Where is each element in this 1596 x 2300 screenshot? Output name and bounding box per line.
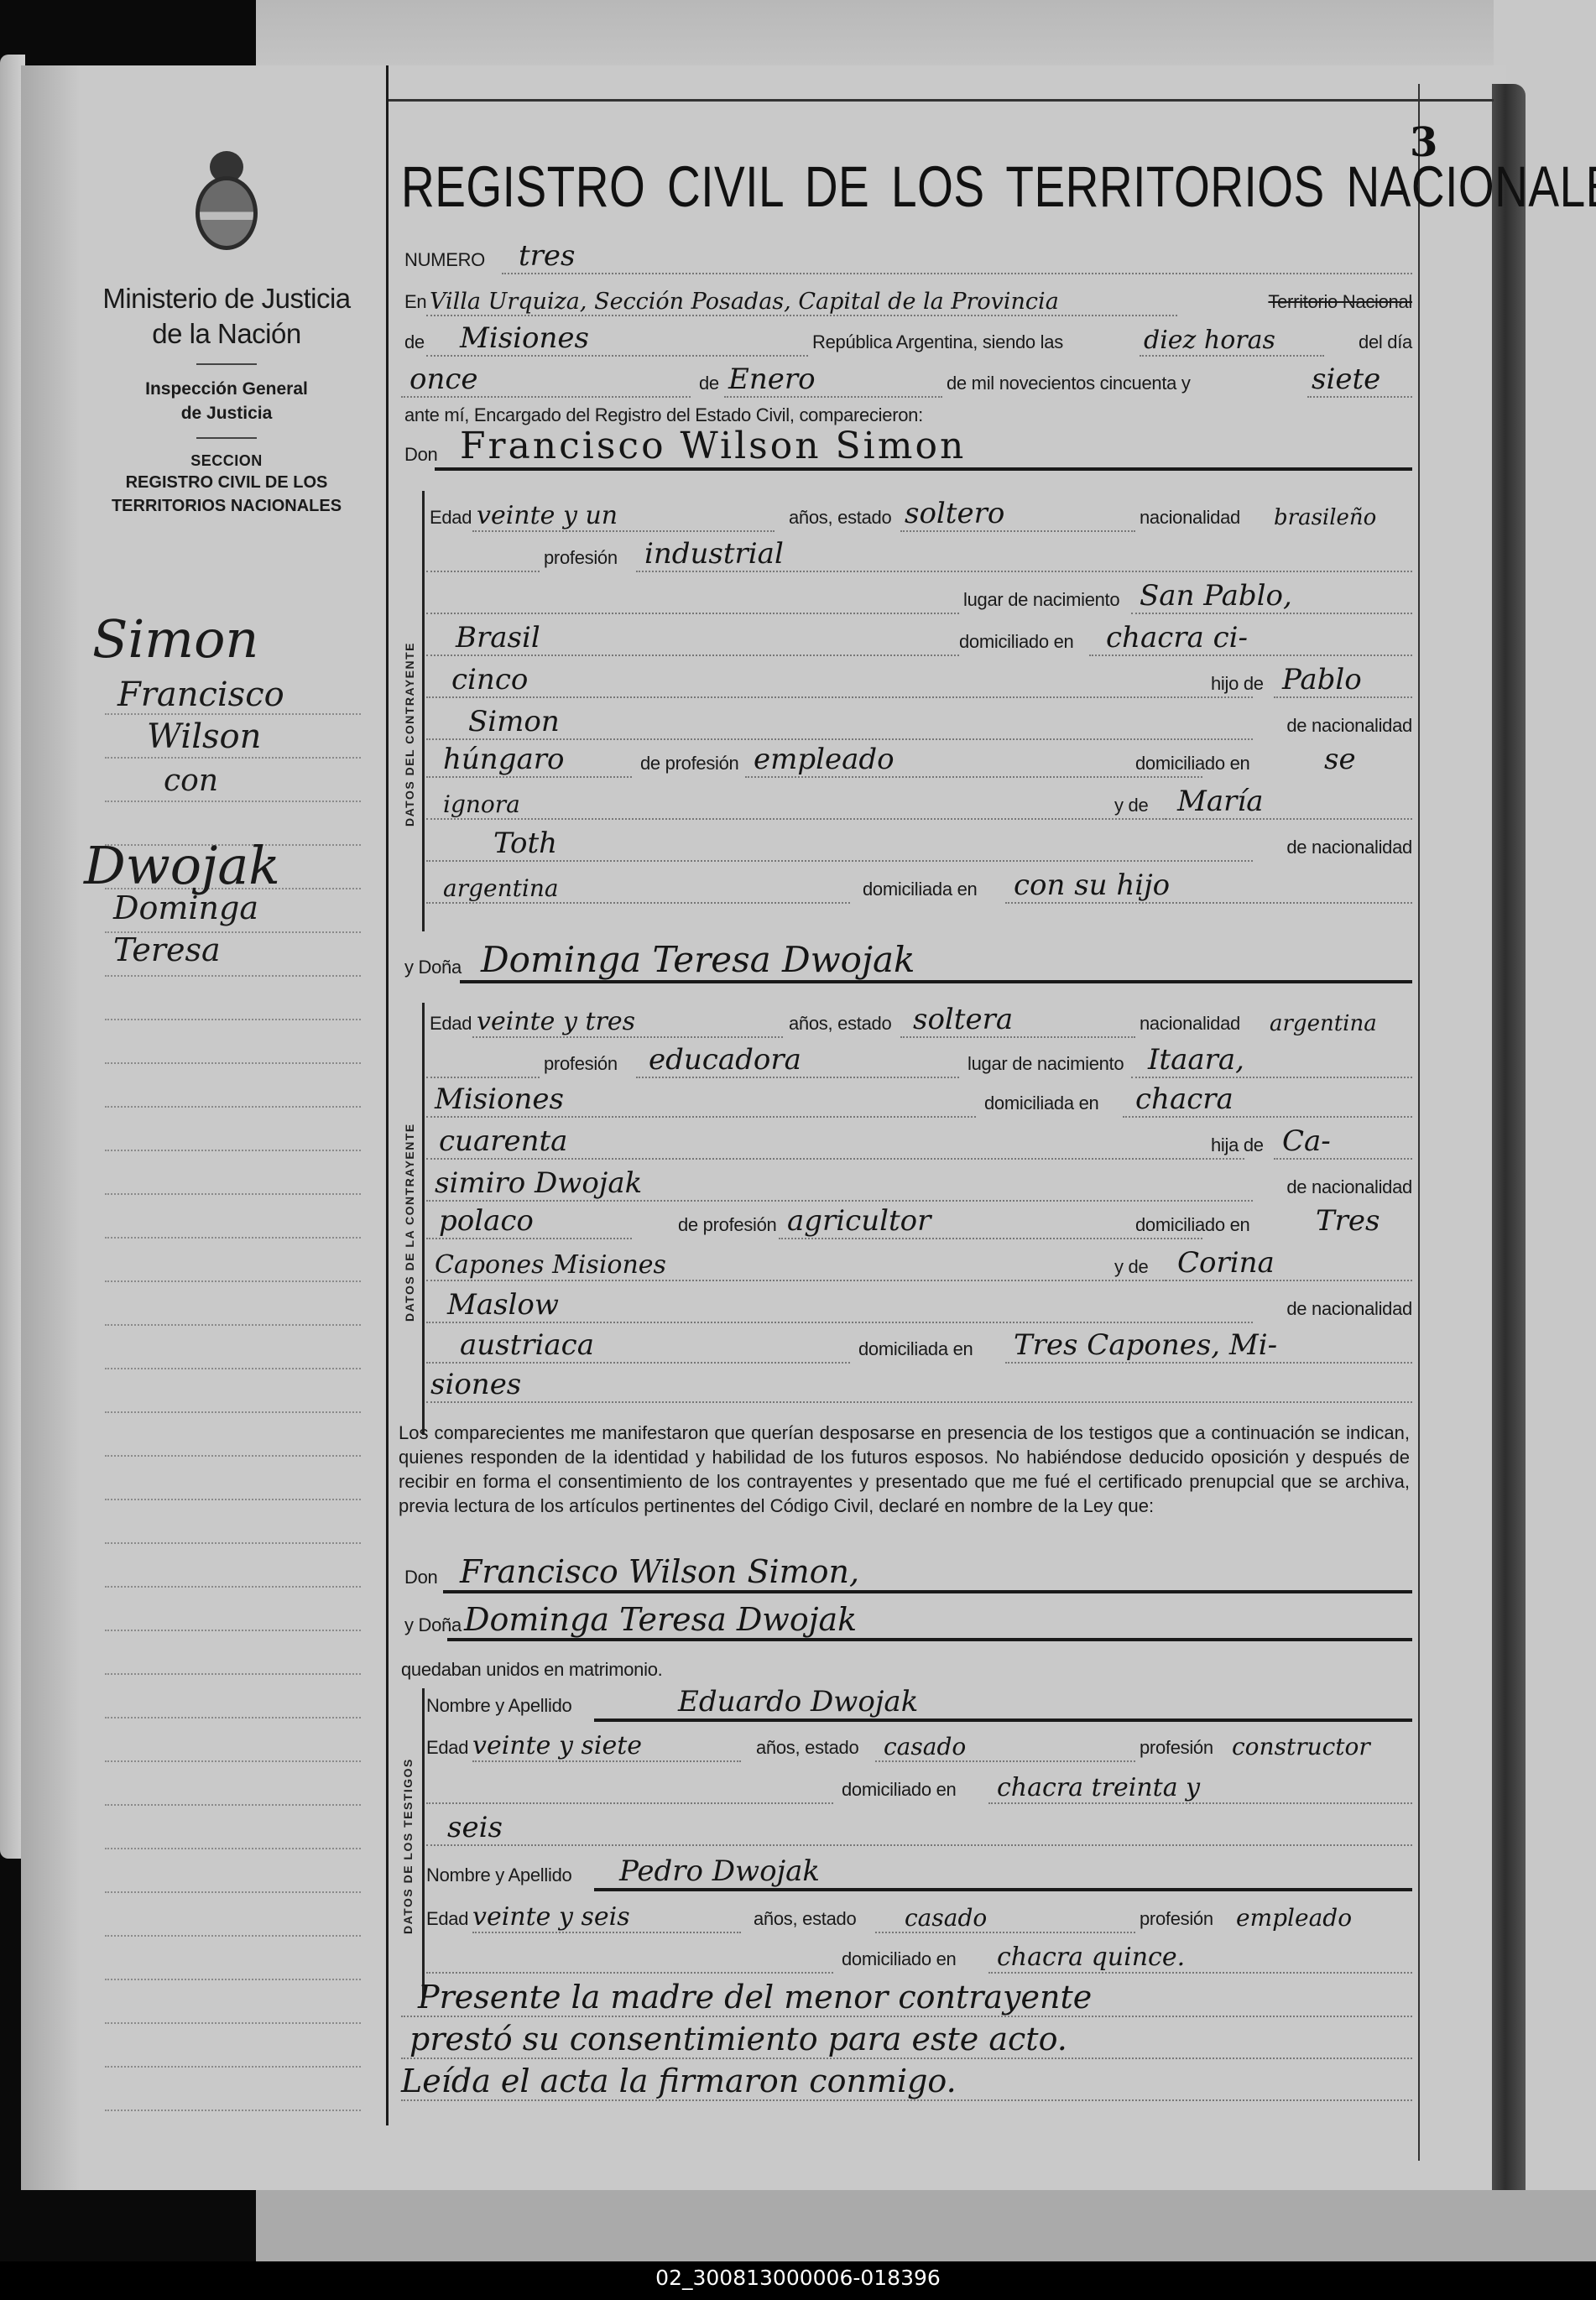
profesion-label: profesión <box>544 547 618 569</box>
stub-middle-groom: Wilson <box>147 717 261 756</box>
bride-father-domicile-cont: Capones Misiones <box>435 1250 666 1280</box>
witness1-profession: constructor <box>1232 1733 1370 1760</box>
dona-label: y Doña <box>404 1614 462 1636</box>
domiciliado-en-label: domiciliado en <box>1135 1214 1249 1236</box>
groom-mother-nationality: argentina <box>443 874 559 902</box>
witness1-domicile-cont: seis <box>447 1811 503 1844</box>
anos-estado-label: años, estado <box>789 507 891 529</box>
witness2-profession: empleado <box>1236 1904 1352 1932</box>
groom-father-domicile-cont: ignora <box>443 790 520 818</box>
domiciliada-en-label: domiciliada en <box>984 1093 1098 1114</box>
groom-domicile-row: Brasil domiciliado en chacra ci- <box>426 621 1412 658</box>
bride-nationality: argentina <box>1270 1011 1377 1036</box>
groom-age-row: Edad veinte y un años, estado soltero na… <box>426 497 1412 534</box>
scan-identifier: 02_300813000006-018396 <box>0 2266 1596 2290</box>
groom-nationality: brasileño <box>1274 505 1376 530</box>
groom-father-profession: empleado <box>754 743 894 776</box>
bride-mother-row: Capones Misiones y de Corina <box>426 1246 1412 1283</box>
section-title: REGISTRO CIVIL DE LOS <box>80 471 373 494</box>
groom-father-nationality: húngaro <box>443 743 564 776</box>
de-nacionalidad-label-2: de nacionalidad <box>1286 1298 1412 1320</box>
witness1-domicile: chacra treinta y <box>997 1773 1200 1802</box>
nombre-apellido-label: Nombre y Apellido <box>426 1695 571 1717</box>
bride-name: Dominga Teresa Dwojak <box>481 939 915 980</box>
union-bride-row: y Doña Dominga Teresa Dwojak <box>401 1604 1412 1641</box>
bride-father-domicile: Tres <box>1316 1204 1380 1238</box>
day-value: once <box>409 362 478 396</box>
witness2-age-row: Edad veinte y seis años, estado casado p… <box>426 1898 1412 1935</box>
province-value: Misiones <box>460 321 589 355</box>
bride-father: Ca- <box>1282 1124 1331 1158</box>
bride-mother-nat-row: Maslow de nacionalidad <box>426 1288 1412 1325</box>
hijo-de-label: hijo de <box>1211 673 1264 695</box>
witness1-domicile-cont-row: seis <box>426 1811 1412 1848</box>
union-groom-name: Francisco Wilson Simon, <box>460 1553 859 1590</box>
groom-mother-row: ignora y de María <box>426 785 1412 821</box>
groom-father-cont: Simon <box>468 705 560 738</box>
domiciliado-en-label: domiciliado en <box>1135 753 1249 774</box>
groom-age: veinte y un <box>477 501 618 530</box>
year-value: siete <box>1312 362 1380 396</box>
del-dia-label: del día <box>1359 331 1412 353</box>
lugar-label: lugar de nacimiento <box>963 589 1119 611</box>
margin-divider <box>1418 84 1420 2161</box>
note-line-1: Presente la madre del menor contrayente <box>401 1982 1412 2019</box>
section-title-2: TERRITORIOS NACIONALES <box>80 494 373 518</box>
don-label: Don <box>404 444 437 466</box>
inspection-name-2: de Justicia <box>80 401 373 425</box>
edad-label: Edad <box>426 1908 468 1930</box>
top-rule <box>386 99 1494 102</box>
hija-de-label: hija de <box>1211 1134 1264 1156</box>
bride-father-prof-row: polaco de profesión agricultor domicilia… <box>426 1204 1412 1241</box>
stub-middle-bride: Teresa <box>113 931 221 968</box>
divider <box>196 437 257 439</box>
bride-birthplace-cont: Misiones <box>435 1082 564 1116</box>
y-de-label: y de <box>1114 795 1148 816</box>
bride-father-nationality: polaco <box>439 1204 534 1238</box>
groom-name: Francisco Wilson Simon <box>460 425 966 467</box>
stub-connector: con <box>164 764 218 798</box>
groom-profession-row: profesión industrial <box>426 537 1412 574</box>
stub-name-groom: Francisco <box>117 675 284 714</box>
de-profesion-label: de profesión <box>640 753 739 774</box>
stub-divider <box>386 65 389 2125</box>
witness1-name: Eduardo Dwojak <box>678 1685 918 1718</box>
numero-label: NUMERO <box>404 249 485 271</box>
anos-estado-label: años, estado <box>756 1737 858 1759</box>
witness1-age-row: Edad veinte y siete años, estado casado … <box>426 1727 1412 1764</box>
edad-label: Edad <box>426 1737 468 1759</box>
witness2-name-row: Nombre y Apellido Pedro Dwojak <box>426 1854 1412 1891</box>
groom-civil-status: soltero <box>905 497 1004 530</box>
witness1-civil-status: casado <box>884 1733 966 1760</box>
groom-mother: María <box>1177 785 1263 818</box>
bride-father-profession: agricultor <box>787 1204 931 1238</box>
note-3: Leída el acta la firmaron conmigo. <box>401 2063 957 2099</box>
groom-domicile-cont: cinco <box>451 663 528 696</box>
bride-age-row: Edad veinte y tres años, estado soltera … <box>426 1003 1412 1040</box>
groom-profession: industrial <box>644 537 784 571</box>
note-line-2: prestó su consentimiento para este acto. <box>401 2024 1412 2061</box>
form-title: REGISTRO CIVIL DE LOS TERRITORIOS NACION… <box>401 153 1408 220</box>
bride-mother-nationality: austriaca <box>460 1328 594 1362</box>
union-bride-name: Dominga Teresa Dwojak <box>464 1601 857 1638</box>
edad-label: Edad <box>430 1013 472 1035</box>
en-label: En <box>404 291 426 313</box>
edad-label: Edad <box>430 507 472 529</box>
groom-father-nat-row: Simon de nacionalidad <box>426 705 1412 742</box>
groom-mother-nat-row: Toth de nacionalidad <box>426 827 1412 863</box>
ministry-name-2: de la Nación <box>80 316 373 352</box>
province-row: de Misiones República Argentina, siendo … <box>401 321 1412 358</box>
union-groom-row: Don Francisco Wilson Simon, <box>401 1557 1412 1593</box>
groom-section <box>422 491 425 931</box>
bride-father-cont: simiro Dwojak <box>435 1166 642 1200</box>
note-1: Presente la madre del menor contrayente <box>418 1979 1092 2016</box>
de-nacionalidad-label-2: de nacionalidad <box>1286 837 1412 858</box>
witness2-civil-status: casado <box>905 1904 987 1932</box>
note-2: prestó su consentimiento para este acto. <box>409 2021 1067 2057</box>
domiciliada-en-label: domiciliada en <box>863 879 977 900</box>
month-de-label: de <box>699 373 719 394</box>
bride-mother-dom-cont-row: siones <box>426 1368 1412 1405</box>
bride-domicile-row: Misiones domiciliada en chacra <box>426 1082 1412 1119</box>
groom-mother-dom-row: argentina domiciliada en con su hijo <box>426 868 1412 905</box>
ante-mi-text: ante mí, Encargado del Registro del Esta… <box>404 404 923 426</box>
y-de-label: y de <box>1114 1256 1148 1278</box>
bride-section-label: DATOS DE LA CONTRAYENTE <box>403 1123 416 1322</box>
witness2-domicile-row: domiciliado en chacra quince. <box>426 1938 1412 1975</box>
witness2-age: veinte y seis <box>472 1902 630 1932</box>
bride-section <box>422 1003 425 1435</box>
witness2-name: Pedro Dwojak <box>619 1854 820 1888</box>
divider <box>196 363 257 365</box>
witnesses-section-label: DATOS DE LOS TESTIGOS <box>401 1758 415 1934</box>
bride-birthplace: Itaara, <box>1148 1043 1244 1077</box>
stub-surname-bride: Dwojak <box>84 835 280 896</box>
domiciliado-en-label: domiciliado en <box>842 1948 956 1970</box>
stub-surname-groom: Simon <box>92 608 258 670</box>
witness1-domicile-row: domiciliado en chacra treinta y <box>426 1769 1412 1806</box>
bride-domicile: chacra <box>1135 1082 1234 1116</box>
de-label: de <box>404 331 425 353</box>
gutter-shadow <box>21 65 80 2190</box>
bride-father-nat-row: simiro Dwojak de nacionalidad <box>426 1166 1412 1203</box>
lugar-label: lugar de nacimiento <box>968 1053 1124 1075</box>
nacionalidad-label: nacionalidad <box>1140 1013 1240 1035</box>
hour-value: diez horas <box>1144 326 1275 355</box>
inspection-name: Inspección General <box>80 377 373 401</box>
witness1-age: veinte y siete <box>472 1731 642 1760</box>
bride-profession-row: profesión educadora lugar de nacimiento … <box>426 1043 1412 1080</box>
bride-mother-domicile: Tres Capones, Mi- <box>1014 1328 1277 1362</box>
bride-mother-cont: Maslow <box>447 1288 559 1322</box>
note-line-3: Leída el acta la firmaron conmigo. <box>401 2066 1412 2103</box>
ministry-name: Ministerio de Justicia <box>80 281 373 316</box>
scan-backdrop-bottom <box>256 2190 1596 2261</box>
groom-birthplace-row: lugar de nacimiento San Pablo, <box>426 579 1412 616</box>
month-value: Enero <box>728 362 816 396</box>
bride-mother: Corina <box>1177 1246 1275 1280</box>
domicilio-label: domiciliado en <box>959 631 1073 653</box>
groom-birthplace: San Pablo, <box>1140 579 1292 613</box>
republica-label: República Argentina, siendo las <box>812 331 1063 353</box>
bride-civil-status: soltera <box>913 1003 1013 1036</box>
de-nacionalidad-label: de nacionalidad <box>1286 1176 1412 1198</box>
profesion-label: profesión <box>544 1053 618 1075</box>
bride-profession: educadora <box>649 1043 801 1077</box>
de-nacionalidad-label: de nacionalidad <box>1286 715 1412 737</box>
don-label: Don <box>404 1567 437 1588</box>
groom-mother-domicile: con su hijo <box>1014 868 1170 902</box>
quedaban-row: quedaban unidos en matrimonio. <box>401 1649 1412 1686</box>
stub-name-bride: Dominga <box>113 889 258 926</box>
nacionalidad-label: nacionalidad <box>1140 507 1240 529</box>
bride-name-row: y Doña Dominga Teresa Dwojak <box>401 947 1412 983</box>
de-profesion-label: de profesión <box>678 1214 777 1236</box>
numero-row: NUMERO tres <box>401 239 1412 276</box>
bride-mother-domicile-cont: siones <box>430 1368 521 1401</box>
groom-father: Pablo <box>1282 663 1362 696</box>
witness2-domicile: chacra quince. <box>997 1943 1185 1972</box>
witnesses-section <box>422 1688 425 2003</box>
nombre-apellido-label: Nombre y Apellido <box>426 1865 571 1886</box>
profesion-label: profesión <box>1140 1737 1213 1759</box>
anos-estado-label: años, estado <box>754 1908 856 1930</box>
bride-mother-dom-row: austriaca domiciliada en Tres Capones, M… <box>426 1328 1412 1365</box>
domiciliada-en-label: domiciliada en <box>858 1338 973 1360</box>
groom-name-row: Don Francisco Wilson Simon <box>401 434 1412 471</box>
scan-backdrop-top <box>256 0 1596 67</box>
dona-label: y Doña <box>404 957 462 978</box>
coat-of-arms-icon <box>189 151 264 256</box>
witness1-name-row: Nombre y Apellido Eduardo Dwojak <box>426 1685 1412 1722</box>
declaration-text: Los comparecientes me manifestaron que q… <box>399 1421 1410 1518</box>
bride-father-row: cuarenta hija de Ca- <box>426 1124 1412 1161</box>
numero-value: tres <box>519 239 576 273</box>
section-label: SECCION <box>80 451 373 471</box>
groom-birthplace-cont: Brasil <box>456 621 540 655</box>
groom-domicile: chacra ci- <box>1106 621 1248 655</box>
profesion-label: profesión <box>1140 1908 1213 1930</box>
bride-age: veinte y tres <box>477 1007 635 1036</box>
book-cover-edge <box>1492 84 1526 2190</box>
groom-father-domicile: se <box>1324 743 1356 776</box>
year-label: de mil novecientos cincuenta y <box>947 373 1191 394</box>
domiciliado-en-label: domiciliado en <box>842 1779 956 1801</box>
groom-section-label: DATOS DEL CONTRAYENTE <box>403 642 416 827</box>
page-number: 3 <box>1410 119 1437 166</box>
record-stub: Ministerio de Justicia de la Nación Insp… <box>80 151 373 518</box>
groom-mother-cont: Toth <box>493 827 557 860</box>
anos-estado-label: años, estado <box>789 1013 891 1035</box>
quedaban-text: quedaban unidos en matrimonio. <box>401 1659 662 1681</box>
place-row: En Villa Urquiza, Sección Posadas, Capit… <box>401 281 1412 318</box>
territorio-label: Territorio Nacional <box>1268 291 1412 313</box>
bride-domicile-cont: cuarenta <box>439 1124 567 1158</box>
groom-father-prof-row: húngaro de profesión empleado domiciliad… <box>426 743 1412 780</box>
place-value: Villa Urquiza, Sección Posadas, Capital … <box>430 289 1059 315</box>
groom-father-row: cinco hijo de Pablo <box>426 663 1412 700</box>
